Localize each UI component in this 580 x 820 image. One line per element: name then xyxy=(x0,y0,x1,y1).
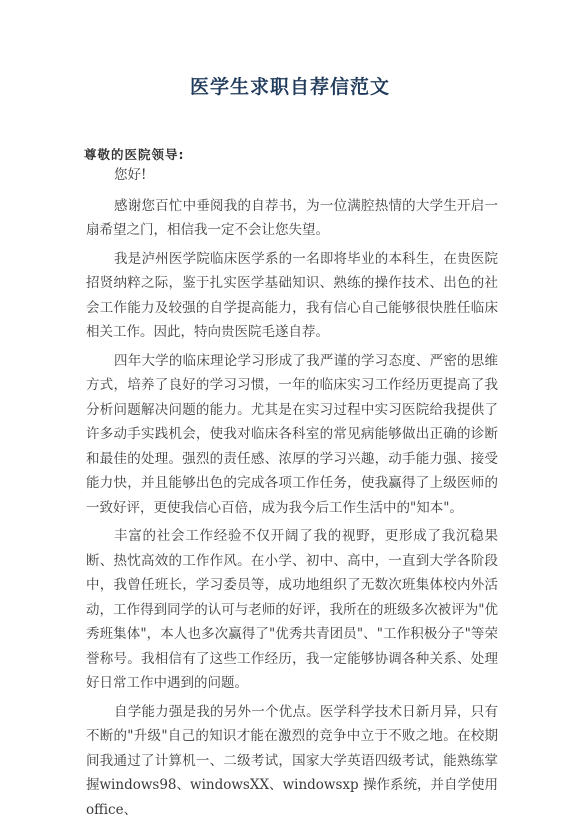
letter-body: 您好! 感谢您百忙中垂阅我的自荐书，为一位满腔热情的大学生开启一扇希望之门，相信… xyxy=(86,163,498,820)
paragraph-clinical-study: 四年大学的临床理论学习形成了我严谨的学习态度、严密的思维方式，培养了良好的学习习… xyxy=(86,349,498,521)
greeting: 您好! xyxy=(86,163,498,188)
salutation: 尊敬的医院领导: xyxy=(84,145,185,163)
document-page: 医学生求职自荐信范文 尊敬的医院领导: 您好! 感谢您百忙中垂阅我的自荐书，为一… xyxy=(0,0,580,820)
paragraph-introduction: 我是泸州医学院临床医学系的一名即将毕业的本科生，在贵医院招贤纳粹之际，鉴于扎实医… xyxy=(86,247,498,345)
document-title: 医学生求职自荐信范文 xyxy=(0,72,580,99)
paragraph-thanks: 感谢您百忙中垂阅我的自荐书，为一位满腔热情的大学生开启一扇希望之门，相信我一定不… xyxy=(86,194,498,243)
paragraph-self-learning: 自学能力强是我的另外一个优点。医学科学技术日新月异，只有不断的"升级"自己的知识… xyxy=(86,700,498,820)
paragraph-social-work: 丰富的社会工作经验不仅开阔了我的视野，更形成了我沉稳果断、热忱高效的工作作风。在… xyxy=(86,524,498,696)
